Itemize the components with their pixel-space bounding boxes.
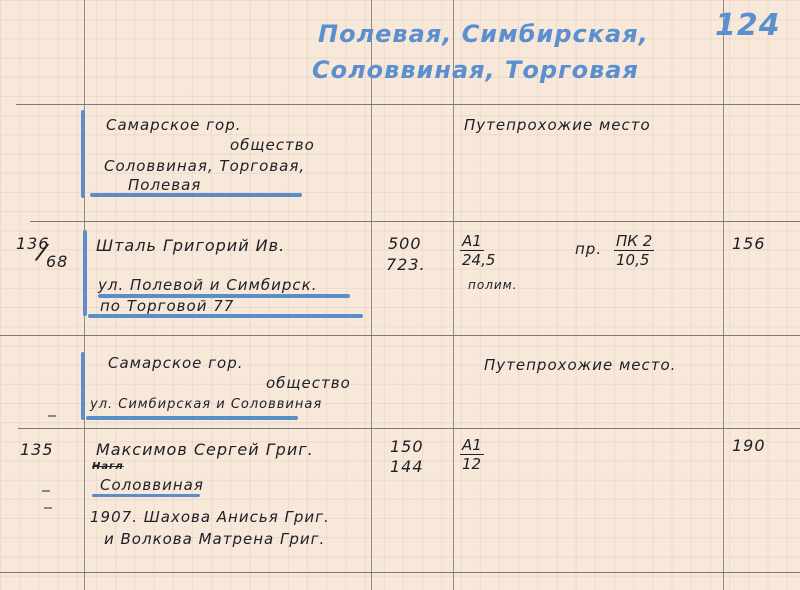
entry-area-bottom: 144 <box>390 457 424 476</box>
section-heading-line1: Самарское гор. <box>106 116 242 134</box>
entry-bracket <box>83 230 87 316</box>
row-rule <box>30 221 800 222</box>
section-heading-line1: Самарское гор. <box>108 354 244 372</box>
extra-denominator: 10,5 <box>614 251 654 269</box>
row-rule <box>0 335 800 336</box>
entry-extra-label: пр. <box>575 240 602 258</box>
row-rule <box>0 572 800 573</box>
entry-ref: 190 <box>732 436 766 455</box>
entry-address-line1: ул. Полевой и Симбирск. <box>98 276 317 294</box>
entry-plot-fraction: A1 12 <box>460 436 484 473</box>
entry-name: Шталь Григорий Ив. <box>96 236 285 255</box>
entry-extra-fraction: ПК 2 10,5 <box>614 232 654 269</box>
entry-owners-line2: и Волкова Матрена Григ. <box>104 530 325 548</box>
section-bracket <box>81 110 85 198</box>
section-heading-line3: ул. Симбирская и Соловвиная <box>90 397 322 412</box>
column-rule <box>453 0 454 590</box>
section-heading-line3: Соловвиная, Торговая, <box>104 157 305 175</box>
column-rule <box>723 0 724 590</box>
entry-number-bottom: 68 <box>46 252 68 271</box>
row-rule <box>18 428 800 429</box>
entry-plot-fraction: A1 24,5 <box>460 232 497 269</box>
tick-mark <box>42 490 50 492</box>
section-underline <box>90 193 302 197</box>
entry-plot-note: полим. <box>468 278 518 292</box>
entry-address-line2: по Торговой 77 <box>100 297 234 315</box>
address-underline <box>88 314 363 318</box>
entry-street: Соловвиная <box>100 476 204 494</box>
entry-number: 135 <box>20 440 54 459</box>
section-underline <box>86 416 298 420</box>
struck-text: Нагл <box>92 461 124 472</box>
column-rule <box>371 0 372 590</box>
tick-mark <box>48 415 56 417</box>
plot-numerator: A1 <box>460 436 484 455</box>
entry-ref: 156 <box>732 234 766 253</box>
header-title-line1: Полевая, Симбирская, <box>318 20 649 48</box>
entry-name: Максимов Сергей Григ. <box>96 440 314 459</box>
entry-area-top: 150 <box>390 437 424 456</box>
ledger-page: Полевая, Симбирская, Соловвиная, Торгова… <box>0 0 800 590</box>
page-number: 124 <box>715 8 781 43</box>
section-bracket <box>81 352 85 420</box>
street-underline <box>92 494 200 497</box>
section-heading-line2: общество <box>266 374 351 392</box>
header-title-line2: Соловвиная, Торговая <box>312 56 639 84</box>
entry-owners-line1: 1907. Шахова Анисья Григ. <box>90 508 330 526</box>
section-note: Путепрохожие место <box>464 116 651 134</box>
entry-area-bottom: 723. <box>386 255 426 274</box>
section-note: Путепрохожие место. <box>484 356 676 374</box>
extra-numerator: ПК 2 <box>614 232 654 251</box>
plot-denominator: 24,5 <box>460 251 497 269</box>
entry-area-top: 500 <box>388 234 422 253</box>
section-heading-line2: общество <box>230 136 315 154</box>
row-rule <box>16 104 800 105</box>
section-heading-line4: Полевая <box>128 176 201 194</box>
tick-mark <box>44 507 52 509</box>
plot-numerator: A1 <box>460 232 484 251</box>
plot-denominator: 12 <box>460 455 484 473</box>
